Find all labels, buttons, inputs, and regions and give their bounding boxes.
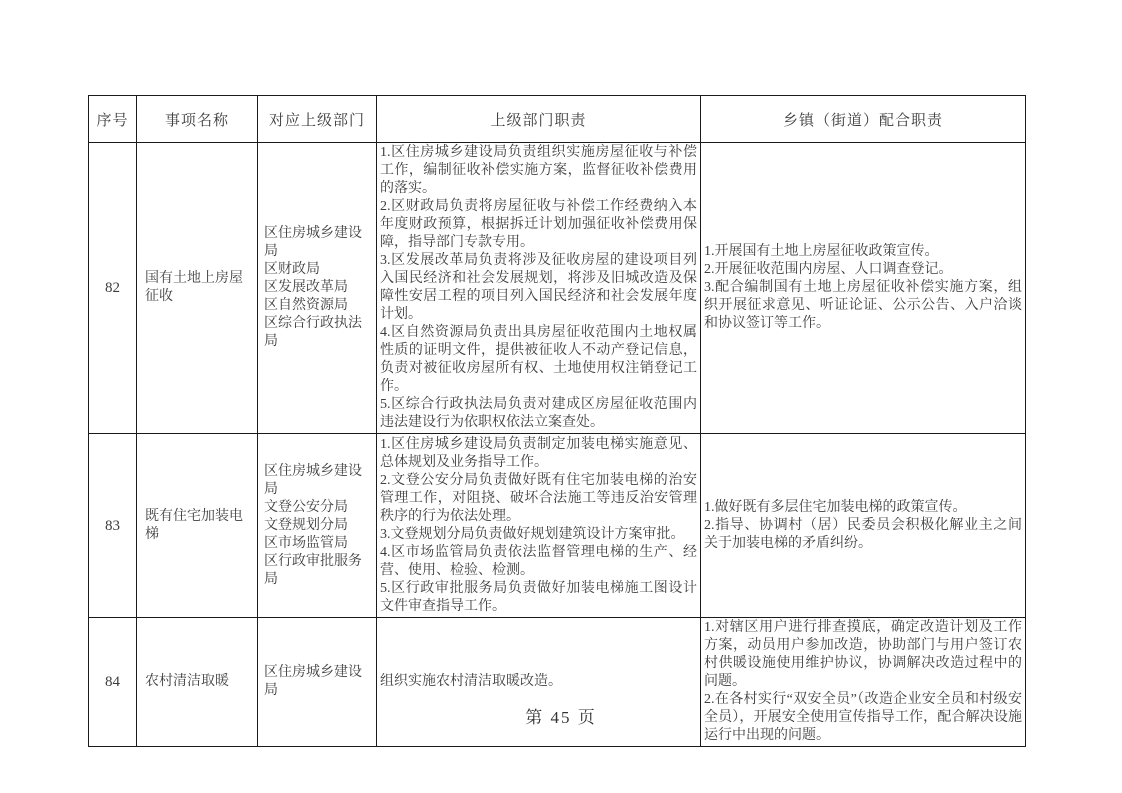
row-superior-duties: 1.区住房城乡建设局负责组织实施房屋征收与补偿工作，编制征收补偿实施方案，监督征… — [377, 143, 701, 434]
col-header-item-name: 事项名称 — [137, 96, 258, 143]
row-township-cooperation-duties: 1.做好既有多层住宅加装电梯的政策宣传。 2.指导、协调村（居）民委员会积极化解… — [701, 434, 1026, 618]
row-item-name: 国有土地上房屋征收 — [137, 143, 258, 434]
page-number: 第 45 页 — [0, 703, 1122, 728]
col-header-township-cooperation-duties: 乡镇（街道）配合职责 — [701, 96, 1026, 143]
col-header-serial-number: 序号 — [89, 96, 137, 143]
row-superior-duties: 1.区住房城乡建设局负责制定加装电梯实施意见、总体规划及业务指导工作。 2.文登… — [377, 434, 701, 618]
responsibilities-table: 序号 事项名称 对应上级部门 上级部门职责 乡镇（街道）配合职责 82 国有土地… — [88, 95, 1026, 747]
row-township-cooperation-duties: 1.开展国有土地上房屋征收政策宣传。 2.开展征收范围内房屋、人口调查登记。 3… — [701, 143, 1026, 434]
col-header-superior-duties: 上级部门职责 — [377, 96, 701, 143]
row-serial-number: 83 — [89, 434, 137, 618]
table-header-row: 序号 事项名称 对应上级部门 上级部门职责 乡镇（街道）配合职责 — [89, 96, 1026, 143]
table-row-82: 82 国有土地上房屋征收 区住房城乡建设局 区财政局 区发展改革局 区自然资源局… — [89, 143, 1026, 434]
row-superior-departments: 区住房城乡建设局 区财政局 区发展改革局 区自然资源局 区综合行政执法局 — [258, 143, 377, 434]
row-serial-number: 82 — [89, 143, 137, 434]
row-item-name: 既有住宅加装电梯 — [137, 434, 258, 618]
col-header-superior-department: 对应上级部门 — [258, 96, 377, 143]
row-superior-departments: 区住房城乡建设局 文登公安分局 文登规划分局 区市场监管局 区行政审批服务局 — [258, 434, 377, 618]
table-row-83: 83 既有住宅加装电梯 区住房城乡建设局 文登公安分局 文登规划分局 区市场监管… — [89, 434, 1026, 618]
document-page: 序号 事项名称 对应上级部门 上级部门职责 乡镇（街道）配合职责 82 国有土地… — [0, 0, 1122, 793]
